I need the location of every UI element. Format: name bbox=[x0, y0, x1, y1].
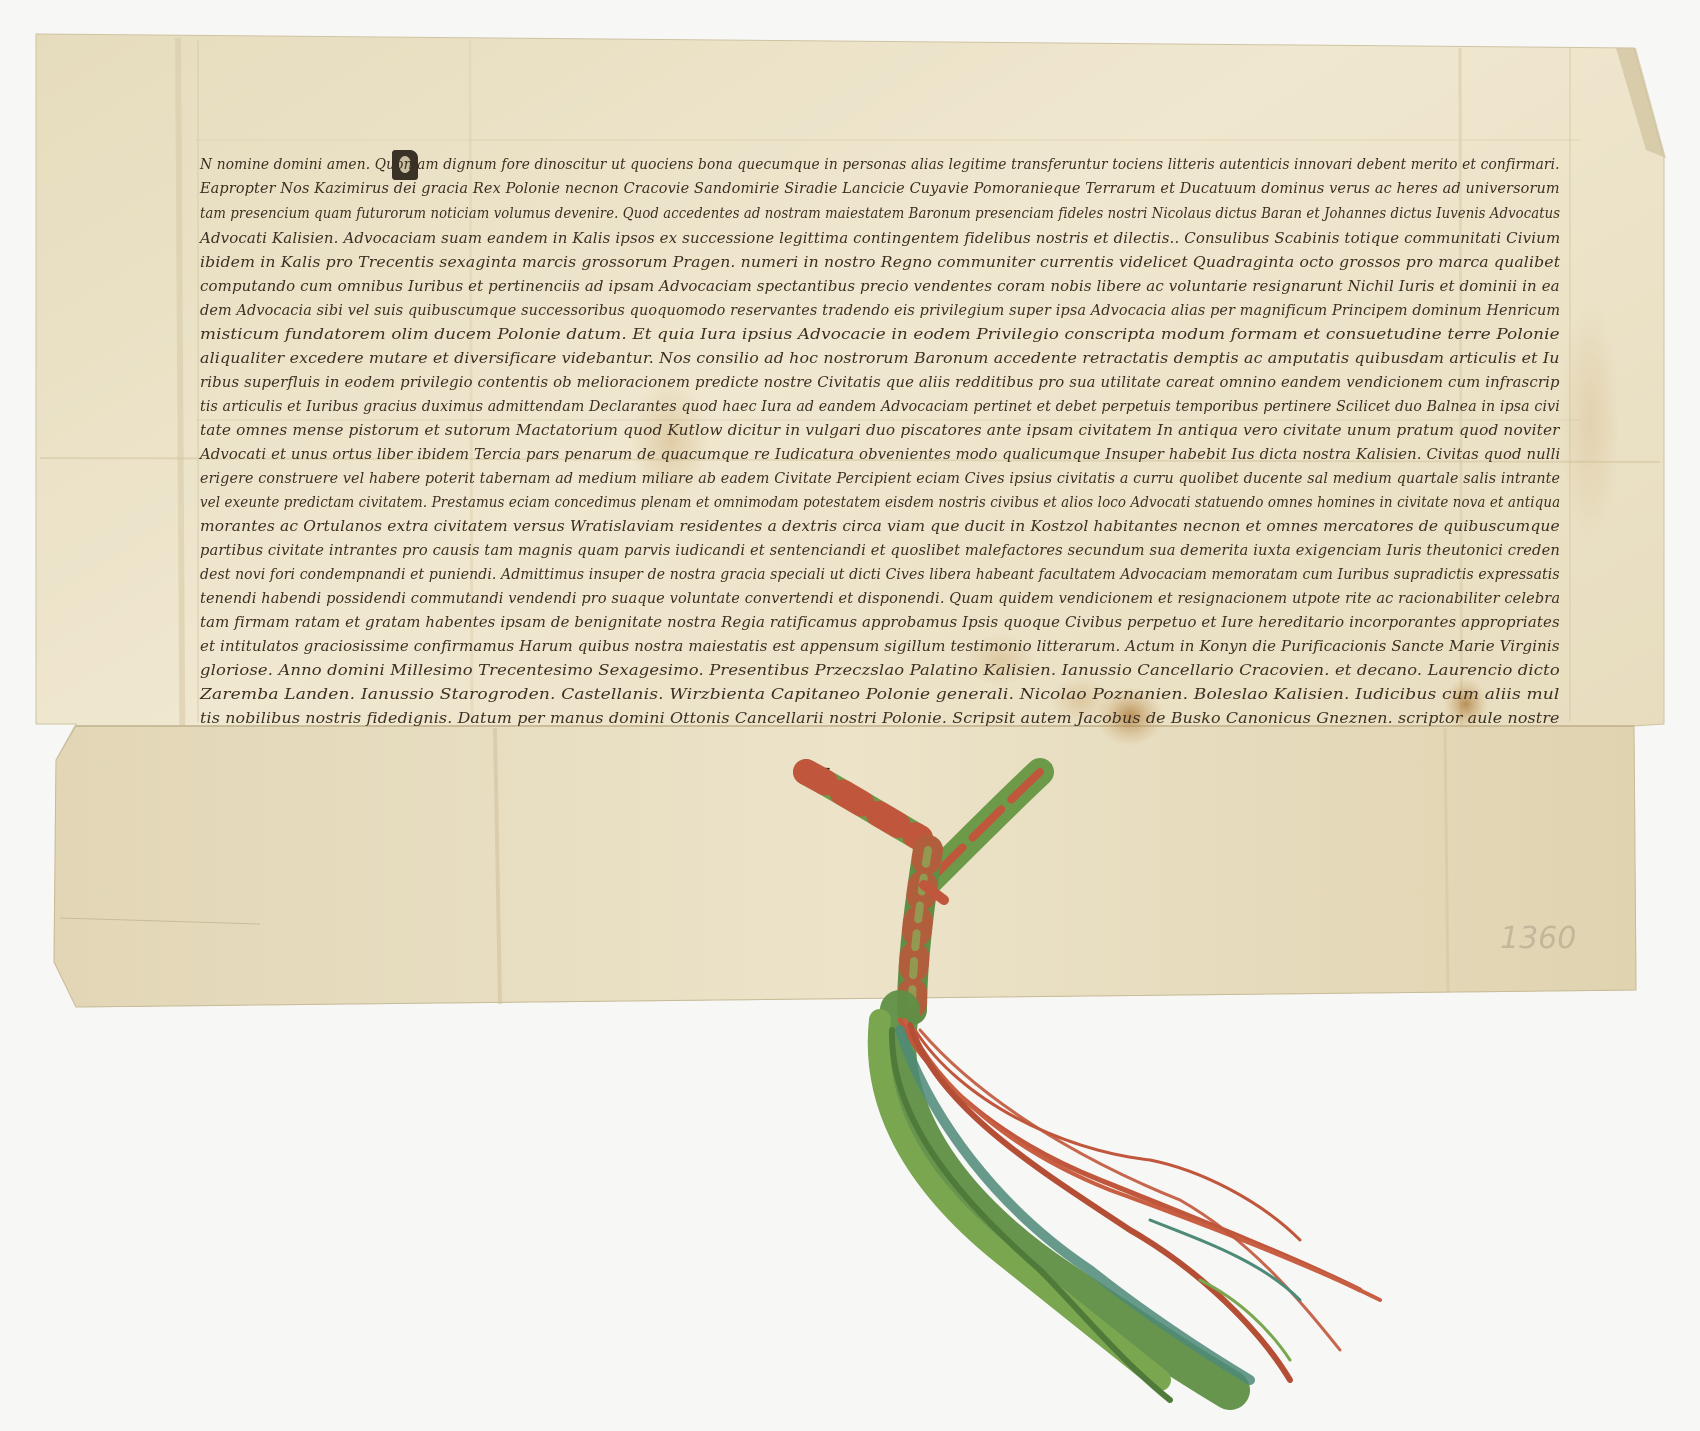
text-line-7: dem Advocacia sibi vel suis quibuscumque… bbox=[200, 301, 1560, 319]
text-line-11: tis articulis et Iuribus gracius duximus… bbox=[200, 397, 1560, 415]
text-line-15: vel exeunte predictam civitatem. Prestam… bbox=[200, 493, 1560, 511]
text-line-4: Advocati Kalisien. Advocaciam suam eande… bbox=[200, 229, 1560, 247]
charter-photograph: Kazimirus Dei gratia Rex Polonie bbox=[0, 0, 1700, 1431]
text-line-2: Eapropter Nos Kazimirus dei gracia Rex P… bbox=[200, 179, 1560, 197]
text-line-6: computando cum omnibus Iuribus et pertin… bbox=[200, 277, 1560, 295]
text-line-12: tate omnes mense pistorum et sutorum Mac… bbox=[200, 421, 1560, 439]
plica-pencil-note: 1360 bbox=[1500, 921, 1576, 956]
text-line-5: ibidem in Kalis pro Trecentis sexaginta … bbox=[200, 253, 1560, 271]
text-line-18: dest novi fori condempnandi et puniendi.… bbox=[200, 565, 1560, 583]
text-line-1: N nomine domini amen. Quoniam dignum for… bbox=[200, 156, 1560, 173]
text-line-21: et intitulatos graciosissime confirmamus… bbox=[200, 637, 1560, 655]
plica-fold: 1360 bbox=[54, 726, 1636, 1007]
text-line-24: tis nobilibus nostris fidedignis. Datum … bbox=[200, 709, 1560, 727]
text-line-22: gloriose. Anno domini Millesimo Trecente… bbox=[200, 661, 1560, 679]
text-line-10: ribus superfluis in eodem privilegio con… bbox=[200, 373, 1560, 391]
text-line-9: aliqualiter excedere mutare et diversifi… bbox=[200, 349, 1560, 367]
text-line-17: partibus civitate intrantes pro causis t… bbox=[200, 541, 1560, 559]
text-line-16: morantes ac Ortulanos extra civitatem ve… bbox=[200, 517, 1560, 535]
text-line-19: tenendi habendi possidendi commutandi ve… bbox=[200, 589, 1560, 607]
text-line-20: tam firmam ratam et gratam habentes ipsa… bbox=[200, 613, 1560, 631]
text-line-3: tam presencium quam futurorum noticiam v… bbox=[200, 204, 1560, 222]
text-line-8: misticum fundatorem olim ducem Polonie d… bbox=[200, 325, 1560, 343]
text-line-23: Zaremba Landen. Ianussio Starogroden. Ca… bbox=[200, 685, 1560, 703]
silk-tassel bbox=[879, 1010, 1380, 1400]
text-line-14: erigere construere vel habere poterit ta… bbox=[200, 469, 1560, 487]
text-line-13: Advocati et unus ortus liber ibidem Terc… bbox=[200, 445, 1560, 463]
